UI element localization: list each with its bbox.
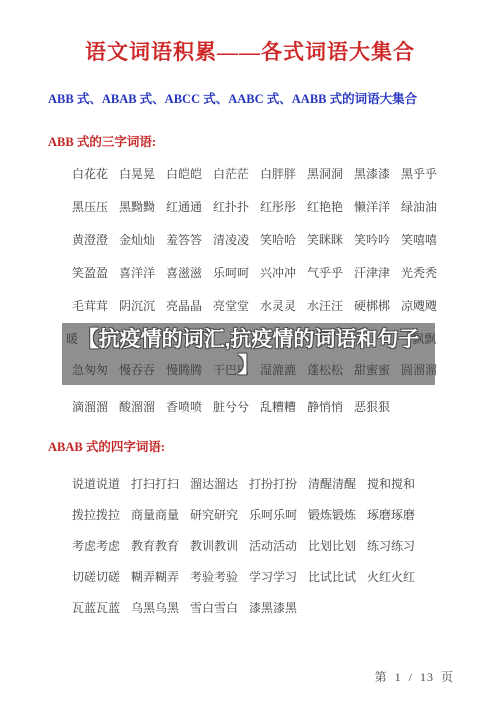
section-heading-abab: ABAB 式的四字词语: — [48, 440, 500, 455]
section-heading-abb: ABB 式的三字词语: — [48, 135, 500, 150]
document-page: 语文词语积累——各式词语大集合 ABB 式、ABAB 式、ABCC 式、AABC… — [0, 0, 500, 707]
word-row: 瓦蓝瓦蓝 乌黑乌黑 雪白雪白 漆黑漆黑 — [72, 601, 500, 616]
watermark-text-line1: 【抗疫情的词汇,抗疫情的词语和句子 — [78, 327, 420, 353]
word-row: 黑压压 黑黝黝 红通通 红扑扑 红彤彤 红艳艳 懒洋洋 绿油油 — [72, 200, 500, 215]
watermark-banner: 【抗疫情的词汇,抗疫情的词语和句子 】 — [62, 323, 435, 385]
word-row: 考虑考虑 教育教育 教训教训 活动活动 比划比划 练习练习 — [72, 539, 500, 554]
word-row: 说道说道 打扫打扫 溜达溜达 打扮打扮 清醒清醒 搅和搅和 — [72, 477, 500, 492]
word-row: 黄澄澄 金灿灿 羞答答 清凌凌 笑哈哈 笑眯眯 笑吟吟 笑嘻嘻 — [72, 233, 500, 248]
word-row: 白花花 白晃晃 白皑皑 白茫茫 白胖胖 黑洞洞 黑漆漆 黑乎乎 — [72, 167, 500, 182]
word-row: 笑盈盈 喜洋洋 喜滋滋 乐呵呵 兴冲冲 气乎乎 汗津津 光秃秃 — [72, 266, 500, 281]
word-row: 毛茸茸 阴沉沉 亮晶晶 亮堂堂 水灵灵 水汪汪 硬梆梆 凉飕飕 — [72, 299, 500, 314]
page-title: 语文词语积累——各式词语大集合 — [0, 40, 500, 64]
page-number: 第 1 / 13 页 — [375, 668, 454, 685]
watermark-text-line2: 】 — [238, 353, 259, 379]
word-row: 切磋切磋 糊弄糊弄 考验考验 学习学习 比试比试 火红火红 — [72, 570, 500, 585]
word-row: 拨拉拨拉 商量商量 研究研究 乐呵乐呵 锻炼锻炼 琢磨琢磨 — [72, 508, 500, 523]
word-row: 滴溜溜 酸溜溜 香喷喷 脏兮兮 乱糟糟 静悄悄 恶狠狠 — [72, 400, 500, 415]
page-subtitle: ABB 式、ABAB 式、ABCC 式、AABC 式、AABB 式的词语大集合 — [48, 92, 500, 107]
